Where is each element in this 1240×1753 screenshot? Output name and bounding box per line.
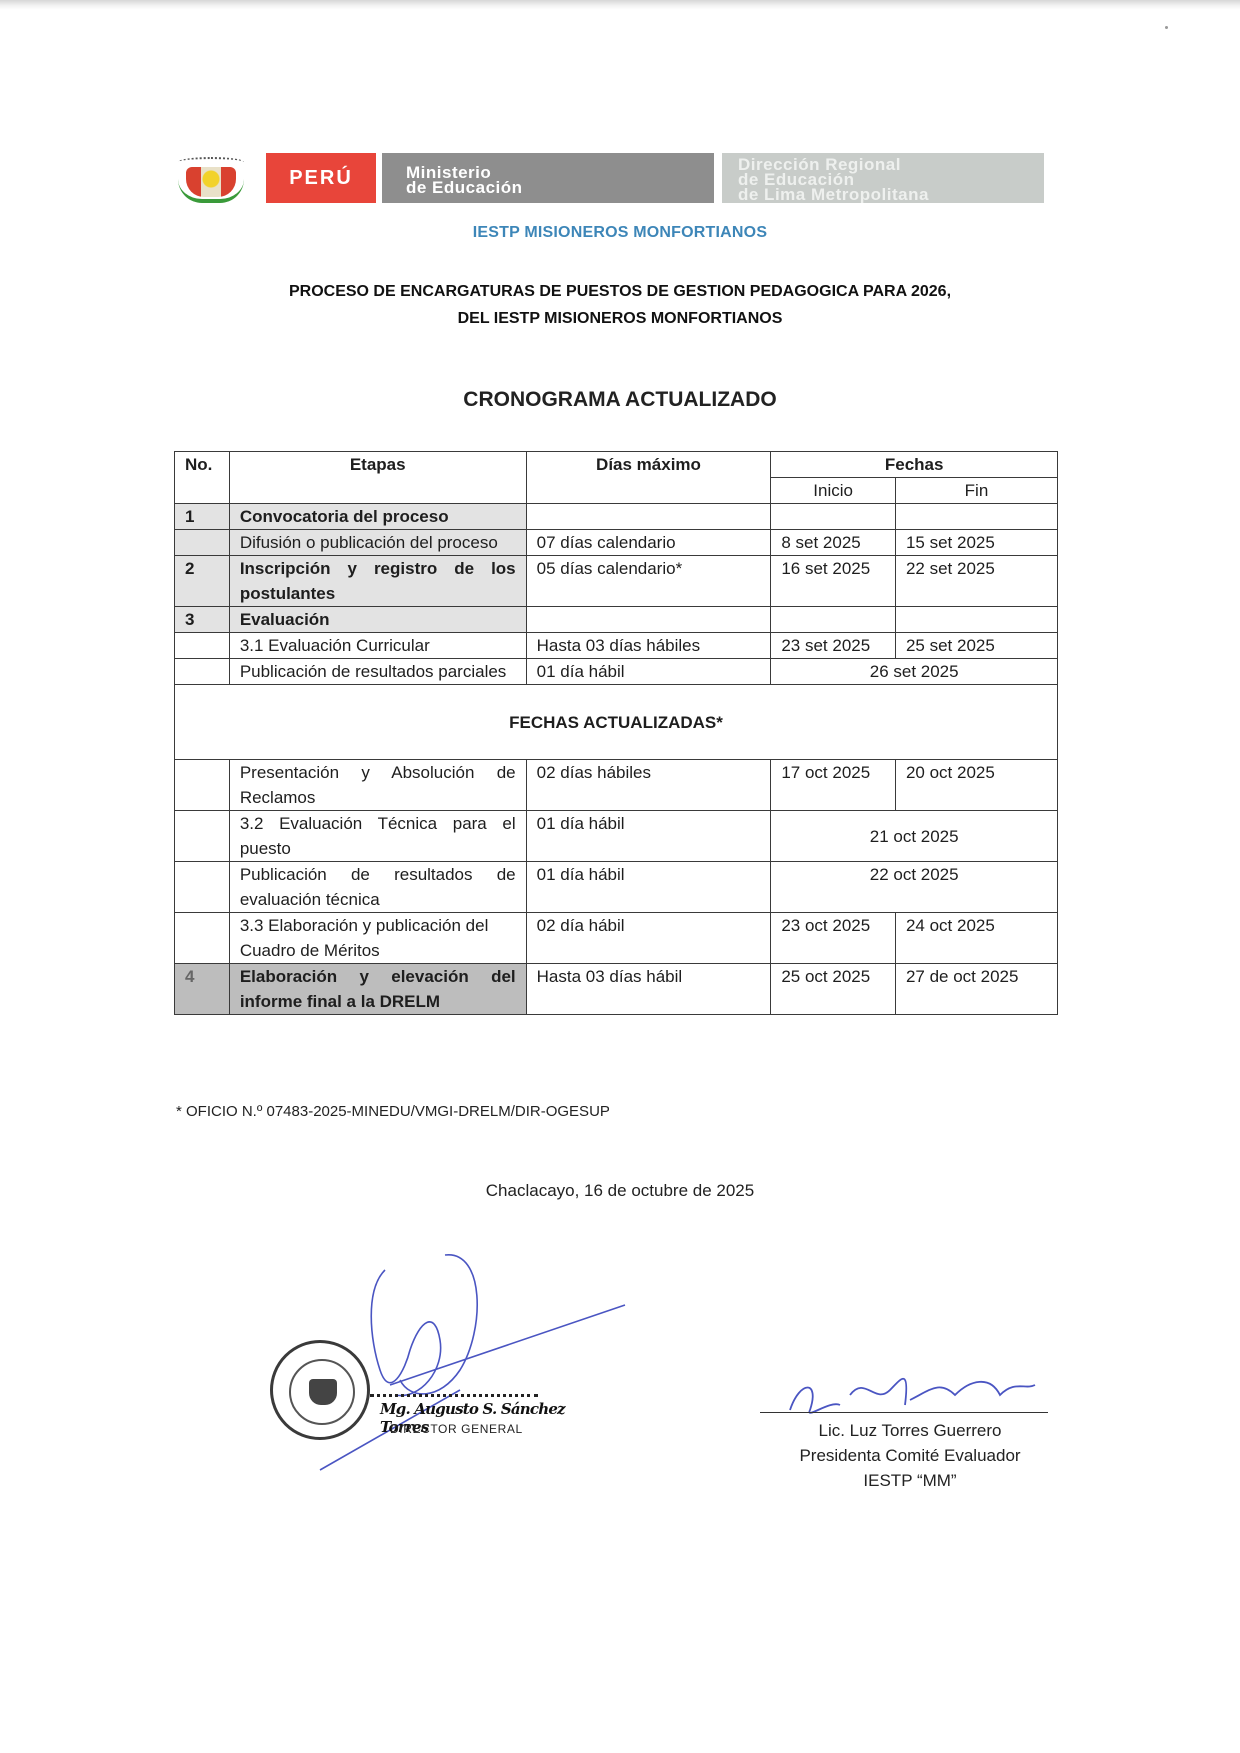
section-row: FECHAS ACTUALIZADAS*: [175, 685, 1058, 760]
row-inicio: 23 set 2025: [771, 633, 896, 659]
table-row: 1 Convocatoria del proceso: [175, 504, 1058, 530]
table-row: 3.3 Elaboración y publicación del Cuadro…: [175, 913, 1058, 964]
header-logos: PERÚ Ministerio de Educación Dirección R…: [172, 153, 1044, 203]
row-dias: 07 días calendario: [526, 530, 771, 556]
row-inicio: 16 set 2025: [771, 556, 896, 607]
row-fin: 20 oct 2025: [895, 760, 1057, 811]
row-dias: 01 día hábil: [526, 811, 771, 862]
header-etapas: Etapas: [229, 452, 526, 504]
table-row: 3.1 Evaluación Curricular Hasta 03 días …: [175, 633, 1058, 659]
row-fin: 15 set 2025: [895, 530, 1057, 556]
row-no: 1: [175, 504, 230, 530]
table-row: 2 Inscripción y registro de los postulan…: [175, 556, 1058, 607]
row-no: [175, 913, 230, 964]
row-no: [175, 633, 230, 659]
row-no: [175, 811, 230, 862]
director-title: DIRECTOR GENERAL: [390, 1422, 523, 1436]
peru-coat-of-arms-icon: [172, 153, 250, 203]
row-etapa: 3.3 Elaboración y publicación del Cuadro…: [229, 913, 526, 964]
row-no: [175, 530, 230, 556]
row-etapa: Evaluación: [229, 607, 526, 633]
row-etapa: Publicación de resultados parciales: [229, 659, 526, 685]
row-fecha: 22 oct 2025: [771, 862, 1058, 913]
schedule-title: CRONOGRAMA ACTUALIZADO: [0, 388, 1240, 412]
row-dias: Hasta 03 días hábiles: [526, 633, 771, 659]
row-no: [175, 659, 230, 685]
row-fin: 24 oct 2025: [895, 913, 1057, 964]
schedule-table: No. Etapas Días máximo Fechas Inicio Fin…: [174, 451, 1058, 1015]
place-date: Chaclacayo, 16 de octubre de 2025: [0, 1181, 1240, 1201]
table-row: 3 Evaluación: [175, 607, 1058, 633]
signature-dotted-line: [370, 1394, 538, 1397]
header-dias: Días máximo: [526, 452, 771, 504]
header-no: No.: [175, 452, 230, 504]
row-etapa: Elaboración y elevación del informe fina…: [229, 964, 526, 1015]
row-dias: Hasta 03 días hábil: [526, 964, 771, 1015]
table-header-row: No. Etapas Días máximo Fechas: [175, 452, 1058, 478]
scan-speck: [1165, 26, 1168, 29]
table-row: Difusión o publicación del proceso 07 dí…: [175, 530, 1058, 556]
row-etapa: Publicación de resultados de evaluación …: [229, 862, 526, 913]
header-inicio: Inicio: [771, 478, 896, 504]
row-etapa: 3.1 Evaluación Curricular: [229, 633, 526, 659]
table-row: Publicación de resultados de evaluación …: [175, 862, 1058, 913]
row-fin: 27 de oct 2025: [895, 964, 1057, 1015]
row-inicio: 25 oct 2025: [771, 964, 896, 1015]
header-fechas: Fechas: [771, 452, 1058, 478]
row-etapa: Difusión o publicación del proceso: [229, 530, 526, 556]
footnote: * OFICIO N.º 07483-2025-MINEDU/VMGI-DREL…: [176, 1103, 610, 1120]
row-fin: 22 set 2025: [895, 556, 1057, 607]
institution-name: IESTP MISIONEROS MONFORTIANOS: [0, 224, 1240, 242]
row-dias: 01 día hábil: [526, 862, 771, 913]
committee-name: Lic. Luz Torres Guerrero: [760, 1418, 1060, 1443]
logo-ministry: Ministerio de Educación: [382, 153, 714, 203]
logo-regional-direction: Dirección Regional de Educación de Lima …: [722, 153, 1044, 203]
committee-role: Presidenta Comité Evaluador: [760, 1443, 1060, 1468]
row-inicio: 17 oct 2025: [771, 760, 896, 811]
committee-signer: Lic. Luz Torres Guerrero Presidenta Comi…: [760, 1418, 1060, 1493]
signature-line: [760, 1412, 1048, 1413]
row-etapa: Inscripción y registro de los postulante…: [229, 556, 526, 607]
row-dias: 05 días calendario*: [526, 556, 771, 607]
header-fin: Fin: [895, 478, 1057, 504]
row-inicio: [771, 607, 896, 633]
row-fin: 25 set 2025: [895, 633, 1057, 659]
row-dias: [526, 607, 771, 633]
row-dias: 02 día hábil: [526, 913, 771, 964]
row-fecha: 26 set 2025: [771, 659, 1058, 685]
row-etapa: Convocatoria del proceso: [229, 504, 526, 530]
table-row: 3.2 Evaluación Técnica para el puesto 01…: [175, 811, 1058, 862]
row-no: [175, 760, 230, 811]
row-no: 2: [175, 556, 230, 607]
row-inicio: 23 oct 2025: [771, 913, 896, 964]
official-seal-icon: [270, 1340, 370, 1440]
logo-peru: PERÚ: [266, 153, 376, 203]
scan-edge: [0, 0, 1240, 10]
committee-org: IESTP “MM”: [760, 1468, 1060, 1493]
row-inicio: 8 set 2025: [771, 530, 896, 556]
director-signature-block: Mg. Augusto S. Sánchez Torres DIRECTOR G…: [270, 1250, 610, 1470]
row-inicio: [771, 504, 896, 530]
row-dias: 02 días hábiles: [526, 760, 771, 811]
table-row: Publicación de resultados parciales 01 d…: [175, 659, 1058, 685]
row-fecha: 21 oct 2025: [771, 811, 1058, 862]
row-etapa: Presentación y Absolución de Reclamos: [229, 760, 526, 811]
section-label: FECHAS ACTUALIZADAS*: [175, 685, 1058, 760]
row-dias: [526, 504, 771, 530]
row-no: 4: [175, 964, 230, 1015]
table-row: Presentación y Absolución de Reclamos 02…: [175, 760, 1058, 811]
row-fin: [895, 607, 1057, 633]
table-row: 4 Elaboración y elevación del informe fi…: [175, 964, 1058, 1015]
row-no: [175, 862, 230, 913]
row-dias: 01 día hábil: [526, 659, 771, 685]
row-etapa: 3.2 Evaluación Técnica para el puesto: [229, 811, 526, 862]
row-fin: [895, 504, 1057, 530]
row-no: 3: [175, 607, 230, 633]
process-title: PROCESO DE ENCARGATURAS DE PUESTOS DE GE…: [0, 278, 1240, 332]
